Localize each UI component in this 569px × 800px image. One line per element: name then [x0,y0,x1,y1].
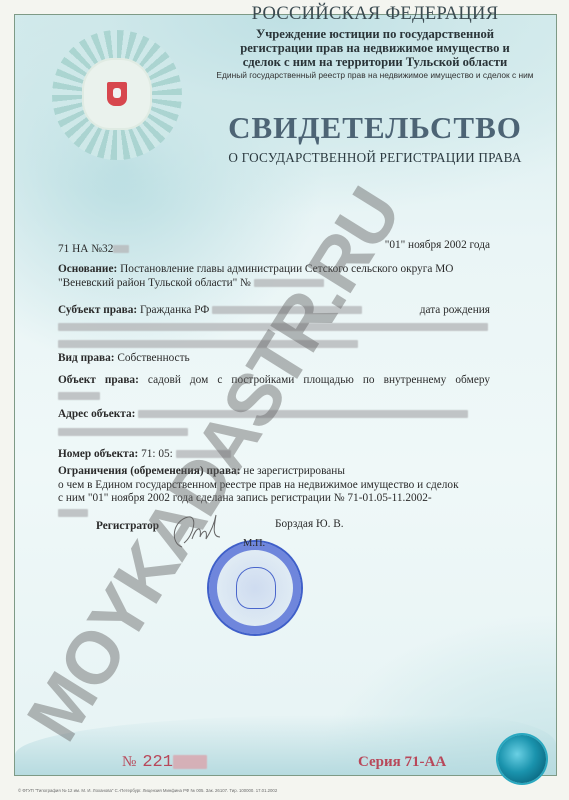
coat-of-arms-emblem-icon [52,30,182,160]
form-series: Серия 71-АА [358,754,446,771]
registrar-name: Борздая Ю. В. [275,518,344,532]
redacted [58,392,100,400]
object-number-label: Номер объекта: [58,448,138,460]
institution-name: Учреждение юстиции по государственной ре… [210,27,540,69]
number-date-row: 71 НА №32 "01" ноября 2002 года [58,243,490,257]
stamp-mark: М.П. [243,537,265,551]
basis-value-line2: "Веневский район Тульской области" № [58,277,251,289]
object-label: Объект права: [58,374,139,386]
shield-icon [107,82,127,106]
form-number: №221 [122,753,207,772]
printer-imprint: © ФГУП "Типография № 12 им. М. И. Лохано… [18,788,277,793]
subject-label: Субъект права: [58,304,137,316]
record-text-line2: с ним "01" ноября 2002 года сделана запи… [58,492,490,506]
subject-value: Гражданка РФ [140,304,209,316]
redacted [58,509,88,517]
certificate-number: 71 НА №32 [58,243,113,255]
registry-name: Единый государственный реестр прав на не… [210,70,540,80]
right-type-value: Собственность [117,352,189,364]
federation-title: РОССИЙСКАЯ ФЕДЕРАЦИЯ [210,4,540,25]
stamp-eagle-icon [236,567,276,609]
address-label: Адрес объекта: [58,408,135,420]
object-number-field: Номер объекта: 71: 05: [58,448,490,462]
certificate-header: РОССИЙСКАЯ ФЕДЕРАЦИЯ Учреждение юстиции … [210,4,540,80]
document-subtitle: О ГОСУДАРСТВЕННОЙ РЕГИСТРАЦИИ ПРАВА [215,150,535,166]
double-headed-eagle-icon [82,58,152,130]
redacted [58,428,188,436]
document-title: СВИДЕТЕЛЬСТВО [215,110,535,146]
redacted [113,245,129,253]
record-text-line1: о чем в Едином государственном реестре п… [58,479,490,493]
basis-label: Основание: [58,263,117,275]
official-stamp-icon [207,540,303,636]
redacted [138,410,468,418]
encumbrance-field: Ограничения (обременения) права: не заре… [58,465,490,520]
redacted [173,755,207,769]
hologram-seal-icon [498,735,546,783]
right-type-label: Вид права: [58,352,115,364]
birth-date-label: дата рождения [420,304,490,318]
